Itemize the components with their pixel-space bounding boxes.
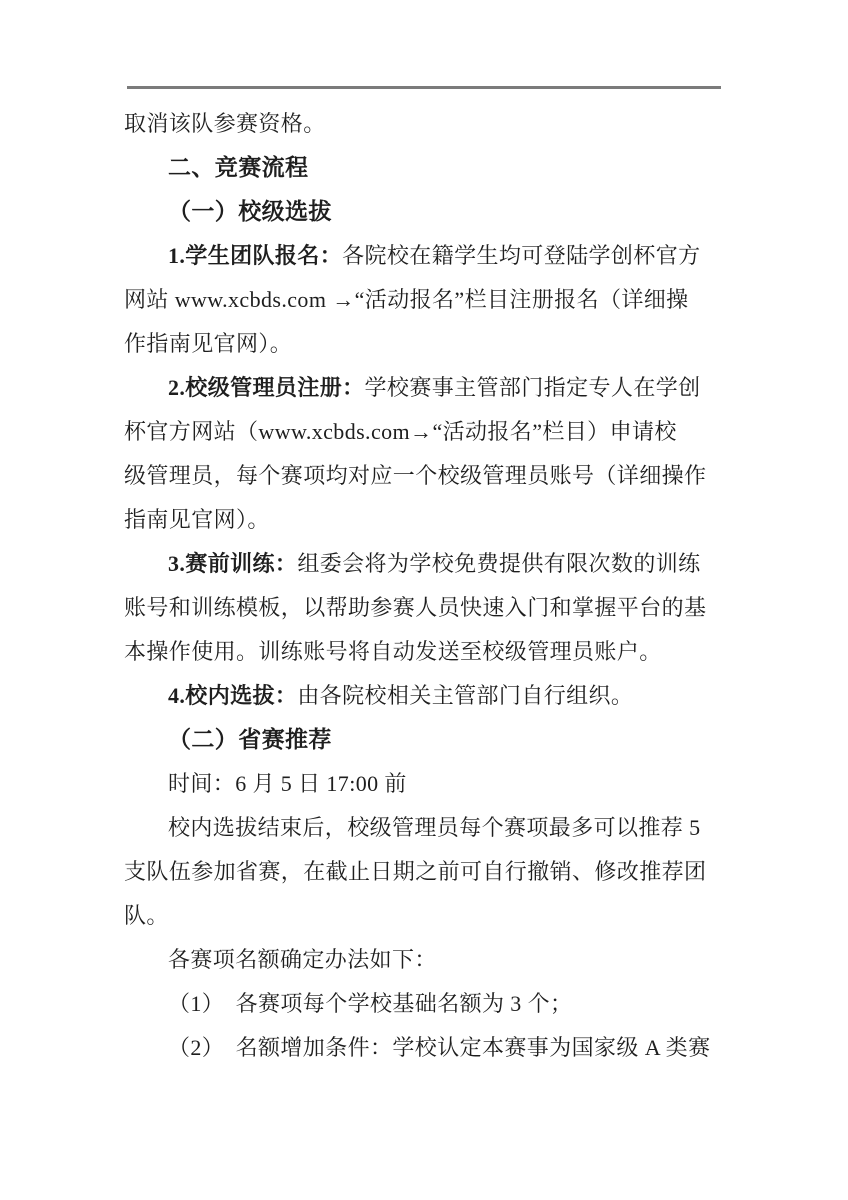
heading-line: （一）校级选拔 [124, 190, 728, 234]
heading-line: 二、竞赛流程 [124, 146, 728, 190]
text-line: 取消该队参赛资格。 [124, 102, 728, 146]
text-run: 校内选拔结束后，校级管理员每个赛项最多可以推荐 5 [168, 815, 701, 840]
bold-text-run: （一）校级选拔 [168, 199, 332, 224]
text-line: 支队伍参加省赛，在截止日期之前可自行撤销、修改推荐团 [124, 850, 728, 894]
text-line: 时间：6 月 5 日 17:00 前 [124, 762, 728, 806]
text-run: 取消该队参赛资格。 [124, 111, 326, 136]
bold-text-run: 二、竞赛流程 [168, 155, 308, 180]
text-line: （1） 各赛项每个学校基础名额为 3 个； [124, 982, 728, 1026]
text-run: 组委会将为学校免费提供有限次数的训练 [297, 551, 700, 576]
heading-line: （二）省赛推荐 [124, 718, 728, 762]
text-run: 支队伍参加省赛，在截止日期之前可自行撤销、修改推荐团 [124, 859, 706, 884]
text-line: 1.学生团队报名：各院校在籍学生均可登陆学创杯官方 [124, 234, 728, 278]
text-line: 校内选拔结束后，校级管理员每个赛项最多可以推荐 5 [124, 806, 728, 850]
header-separator-line [127, 86, 721, 89]
text-run: 各院校在籍学生均可登陆学创杯官方 [342, 243, 700, 268]
text-line: 级管理员，每个赛项均对应一个校级管理员账号（详细操作 [124, 454, 728, 498]
text-run: （1） 各赛项每个学校基础名额为 3 个； [168, 991, 572, 1016]
bold-text-run: （二）省赛推荐 [168, 727, 332, 752]
text-run: 级管理员，每个赛项均对应一个校级管理员账号（详细操作 [124, 463, 706, 488]
text-line: 队。 [124, 894, 728, 938]
text-line: 账号和训练模板，以帮助参赛人员快速入门和掌握平台的基 [124, 586, 728, 630]
text-line: 4.校内选拔：由各院校相关主管部门自行组织。 [124, 674, 728, 718]
text-run: 作指南见官网）。 [124, 331, 292, 356]
text-run: 学校赛事主管部门指定专人在学创 [365, 375, 701, 400]
text-line: 3.赛前训练：组委会将为学校免费提供有限次数的训练 [124, 542, 728, 586]
text-run: 各赛项名额确定办法如下： [168, 947, 437, 972]
text-line: 各赛项名额确定办法如下： [124, 938, 728, 982]
text-run: 队。 [124, 903, 169, 928]
text-run: 由各院校相关主管部门自行组织。 [297, 683, 633, 708]
document-body: 取消该队参赛资格。二、竞赛流程（一）校级选拔1.学生团队报名：各院校在籍学生均可… [124, 102, 728, 1070]
text-run: 账号和训练模板，以帮助参赛人员快速入门和掌握平台的基 [124, 595, 706, 620]
text-line: 杯官方网站（www.xcbds.com→“活动报名”栏目）申请校 [124, 410, 728, 454]
text-run: （2） 名额增加条件：学校认定本赛事为国家级 A 类赛 [168, 1035, 710, 1060]
bold-text-run: 3.赛前训练： [168, 551, 297, 576]
text-line: 2.校级管理员注册：学校赛事主管部门指定专人在学创 [124, 366, 728, 410]
text-run: 时间：6 月 5 日 17:00 前 [168, 771, 407, 796]
document-page: 取消该队参赛资格。二、竞赛流程（一）校级选拔1.学生团队报名：各院校在籍学生均可… [0, 0, 848, 1200]
bold-text-run: 1.学生团队报名： [168, 243, 342, 268]
bold-text-run: 4.校内选拔： [168, 683, 297, 708]
bold-text-run: 2.校级管理员注册： [168, 375, 365, 400]
text-run: 指南见官网）。 [124, 507, 270, 532]
text-line: 作指南见官网）。 [124, 322, 728, 366]
text-line: 网站 www.xcbds.com →“活动报名”栏目注册报名（详细操 [124, 278, 728, 322]
text-line: 指南见官网）。 [124, 498, 728, 542]
text-run: 杯官方网站（www.xcbds.com→“活动报名”栏目）申请校 [124, 419, 677, 444]
text-line: （2） 名额增加条件：学校认定本赛事为国家级 A 类赛 [124, 1026, 728, 1070]
text-run: 本操作使用。训练账号将自动发送至校级管理员账户。 [124, 639, 662, 664]
text-line: 本操作使用。训练账号将自动发送至校级管理员账户。 [124, 630, 728, 674]
text-run: 网站 www.xcbds.com →“活动报名”栏目注册报名（详细操 [124, 287, 689, 312]
